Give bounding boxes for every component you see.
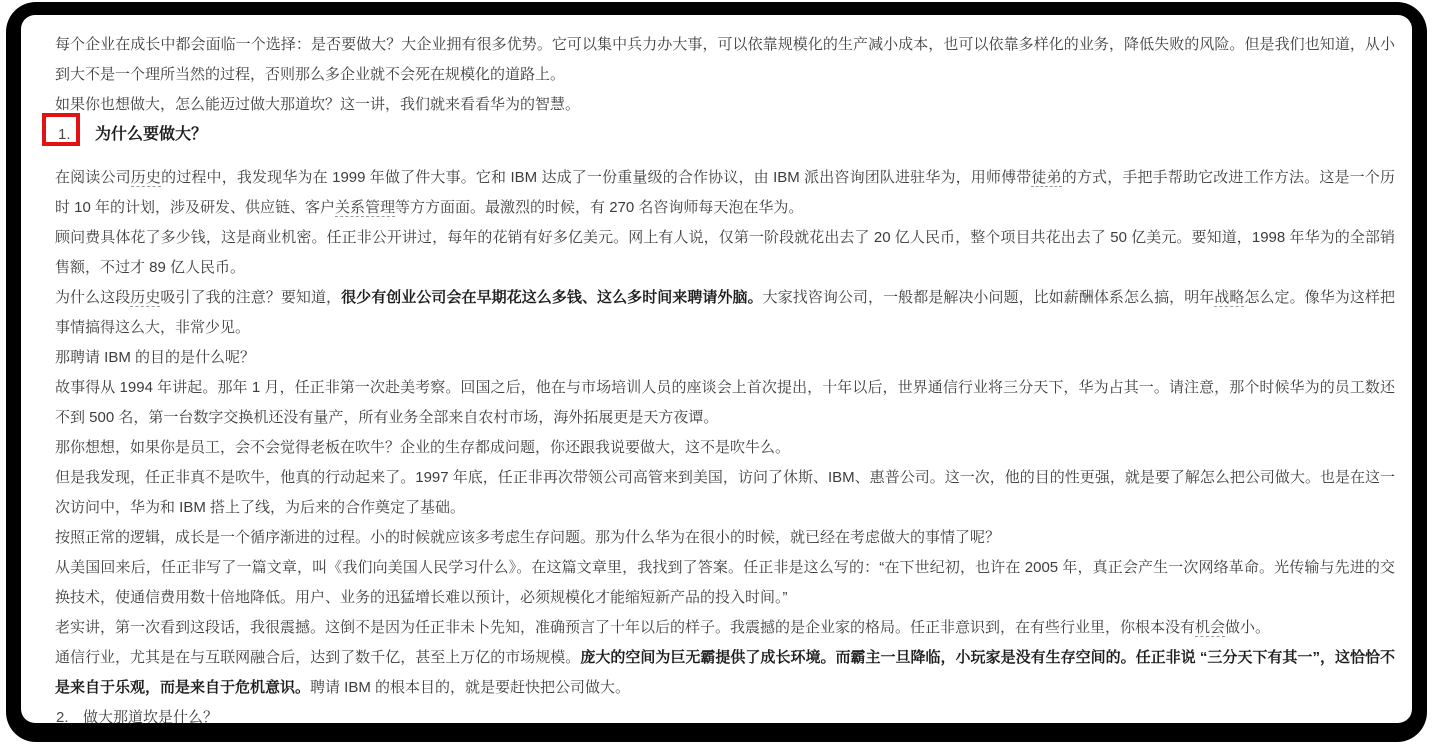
paragraph: 如果你也想做大，怎么能迈过做大那道坎？这一讲，我们就来看看华为的智慧。 [55,90,1395,120]
document-page: 每个企业在成长中都会面临一个选择：是否要做大？大企业拥有很多优势。它可以集中兵力… [21,15,1412,723]
text-run: 顾问费具体花了多少钱，这是商业机密。任正非公开讲过，每年的花销有好多亿美元。网上… [55,229,1395,276]
text-run: 如果你也想做大，怎么能迈过做大那道坎？这一讲，我们就来看看华为的智慧。 [55,96,580,113]
text-run: 历史 [131,169,161,187]
text-run: 大家找咨询公司，一般都是解决小问题，比如薪酬体系怎么搞，明年 [763,289,1215,306]
text-run: 历史 [130,289,160,307]
list-number: 1. [58,120,71,150]
text-run: 聘请 IBM 的根本目的，就是要赶快把公司做大。 [310,679,630,696]
text-run: 关系管理 [335,199,395,217]
paragraph: 通信行业，尤其是在与互联网融合后，达到了数千亿，甚至上万亿的市场规模。庞大的空间… [55,643,1395,703]
paragraph: 为什么这段历史吸引了我的注意？要知道，很少有创业公司会在早期花这么多钱、这么多时… [55,283,1395,343]
text-run: 做大那道坎是什么？ [83,709,218,723]
paragraph: 从美国回来后，任正非写了一篇文章，叫《我们向美国人民学习什么》。在这篇文章里，我… [55,553,1395,613]
text-run: 等方方面面。最激烈的时候，有 270 名咨询师每天泡在华为。 [395,199,803,216]
article: 每个企业在成长中都会面临一个选择：是否要做大？大企业拥有很多优势。它可以集中兵力… [21,15,1412,723]
paragraph: 但是我发现，任正非真不是吹牛，他真的行动起来了。1997 年底，任正非再次带领公… [55,463,1395,523]
window-frame: 每个企业在成长中都会面临一个选择：是否要做大？大企业拥有很多优势。它可以集中兵力… [6,2,1427,742]
text-run: 机会 [1195,619,1225,637]
paragraph: 老实讲，第一次看到这段话，我很震撼。这倒不是因为任正非未卜先知，准确预言了十年以… [55,613,1395,643]
text-run: 但是我发现，任正非真不是吹牛，他真的行动起来了。1997 年底，任正非再次带领公… [55,469,1395,516]
paragraph: 那聘请 IBM 的目的是什么呢？ [55,343,1395,373]
list-number: 2. [56,703,69,723]
text-run: 每个企业在成长中都会面临一个选择：是否要做大？大企业拥有很多优势。它可以集中兵力… [55,36,1395,83]
text-run: 通信行业，尤其是在与互联网融合后，达到了数千亿，甚至上万亿的市场规模。 [55,649,580,666]
text-run: 战略 [1214,289,1244,307]
text-run: 徒弟 [1031,169,1061,187]
paragraph: 在阅读公司历史的过程中，我发现华为在 1999 年做了件大事。它和 IBM 达成… [55,163,1395,223]
paragraph: 故事得从 1994 年讲起。那年 1 月，任正非第一次赴美考察。回国之后，他在与… [55,373,1395,433]
paragraph: 顾问费具体花了多少钱，这是商业机密。任正非公开讲过，每年的花销有好多亿美元。网上… [55,223,1395,283]
text-run: 很少有创业公司会在早期花这么多钱、这么多时间来聘请外脑。 [341,289,763,306]
text-run: 从美国回来后，任正非写了一篇文章，叫《我们向美国人民学习什么》。在这篇文章里，我… [55,559,1395,606]
text-run: 的过程中，我发现华为在 1999 年做了件大事。它和 IBM 达成了一份重量级的… [161,169,1031,186]
paragraph: 那你想想，如果你是员工，会不会觉得老板在吹牛？企业的生存都成问题，你还跟我说要做… [55,433,1395,463]
text-run: 吸引了我的注意？要知道， [160,289,341,306]
section-heading: 1.为什么要做大？ [55,120,1395,150]
text-run: 为什么这段 [55,289,130,306]
text-run: 在阅读公司 [55,169,131,186]
text-run: 故事得从 1994 年讲起。那年 1 月，任正非第一次赴美考察。回国之后，他在与… [55,379,1395,426]
list-item-text: 做大那道坎是什么？ [83,709,218,723]
text-run: 老实讲，第一次看到这段话，我很震撼。这倒不是因为任正非未卜先知，准确预言了十年以… [55,619,1195,636]
text-run: 那你想想，如果你是员工，会不会觉得老板在吹牛？企业的生存都成问题，你还跟我说要做… [55,439,790,456]
text-run: 做小。 [1225,619,1270,636]
text-run: 那聘请 IBM 的目的是什么呢？ [55,349,255,366]
text-run: 按照正常的逻辑，成长是一个循序渐进的过程。小的时候就应该多考虑生存问题。那为什么… [55,529,1000,546]
paragraph: 按照正常的逻辑，成长是一个循序渐进的过程。小的时候就应该多考虑生存问题。那为什么… [55,523,1395,553]
text-run: 为什么要做大？ [95,126,207,143]
list-item: 2.做大那道坎是什么？ [55,703,1395,723]
paragraph: 每个企业在成长中都会面临一个选择：是否要做大？大企业拥有很多优势。它可以集中兵力… [55,30,1395,90]
heading-text: 为什么要做大？ [95,126,207,143]
